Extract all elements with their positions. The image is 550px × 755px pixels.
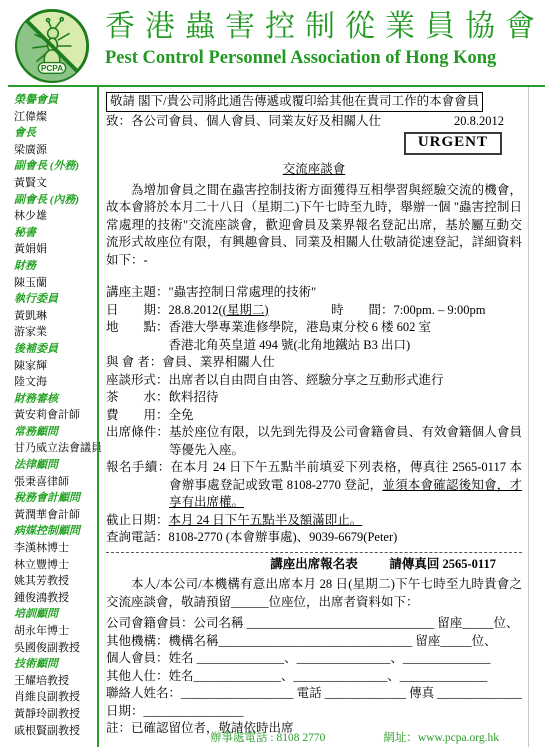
sidebar-person-name: 吳國俊副教授 [14, 640, 95, 657]
sidebar-person-name: 鍾俊鴻教授 [14, 590, 95, 607]
sidebar-person-name: 黃賢文 [14, 175, 95, 192]
sidebar-person-name: 甘乃威立法會議員 [14, 440, 95, 457]
form-field-line: 日期：________________ [106, 703, 522, 721]
association-titles: 香港蟲害控制從業員協會 Pest Control Personnel Assoc… [105, 7, 545, 69]
seminar-details: 講座主題："蟲害控制日常處理的技術"日 期：28.8.2012((星期二) 時 … [106, 284, 522, 547]
sidebar-person-name: 梁廣源 [14, 142, 95, 159]
seminar-detail-line: 茶 水：飲料招待 [106, 389, 522, 407]
sidebar-person-name: 黃凱琳 [14, 308, 95, 325]
sidebar-person-name: 黃安莉會計師 [14, 407, 95, 424]
circulation-notice: 敬請 閣下/貴公司將此通告傳遞或覆印給其他在貴司工作的本會會員 [106, 92, 483, 112]
sidebar-person-name: 江偉燦 [14, 109, 95, 126]
form-field-line: 個人會員：姓名 ______________、_______________、_… [106, 650, 522, 668]
sidebar-person-name: 肖維良副教授 [14, 689, 95, 706]
detail-text: 座談形式：出席者以自由問自由答、經驗分享之互動形式進行 [106, 373, 444, 387]
sidebar-role-title: 常務顧問 [14, 424, 95, 441]
sidebar-role-title: 秘書 [14, 225, 95, 242]
seminar-detail-line: 講座主題："蟲害控制日常處理的技術" [106, 284, 522, 302]
officers-sidebar: 榮譽會員江偉燦會長梁廣源副會長 (外務)黃賢文副會長 (內務)林少雄秘書黃娟娟財… [0, 87, 97, 747]
logo-text: PCPA [41, 64, 63, 73]
detail-text: 講座主題："蟲害控制日常處理的技術" [106, 285, 316, 299]
detail-text: 與 會 者：會員、業界相關人仕 [106, 355, 275, 369]
fax-back-note: 請傳真回 2565-0117 [389, 556, 496, 574]
sidebar-role-title: 執行委員 [14, 291, 95, 308]
seminar-detail-line: 費 用：全免 [106, 407, 522, 425]
sidebar-person-name: 林立豐博士 [14, 557, 95, 574]
main-content: 敬請 閣下/貴公司將此通告傳遞或覆印給其他在貴司工作的本會會員 致：各公司會員、… [99, 87, 529, 747]
seminar-detail-line: 日 期：28.8.2012((星期二) 時 間：7:00pm. – 9:00pm [106, 302, 522, 320]
seminar-intro: 為增加會員之間在蟲害控制技術方面獲得互相學習與經驗交流的機會，故本會將於本月二十… [106, 182, 522, 270]
sidebar-person-name: 黃靜玲副教授 [14, 706, 95, 723]
logo-pcpa-banner: PCPA [38, 63, 65, 74]
sidebar-person-name: 李漢林博士 [14, 540, 95, 557]
form-field-line: 聯絡人姓名：__________________ 電話 ____________… [106, 685, 522, 703]
sidebar-person-name: 姚其芳教授 [14, 573, 95, 590]
sidebar-role-title: 榮譽會員 [14, 92, 95, 109]
content-columns: 榮譽會員江偉燦會長梁廣源副會長 (外務)黃賢文副會長 (內務)林少雄秘書黃娟娟財… [0, 87, 550, 747]
urgent-badge: URGENT [404, 132, 502, 155]
detail-text: 日 期：28.8.2012( [106, 303, 223, 317]
seminar-detail-line: 座談形式：出席者以自由問自由答、經驗分享之互動形式進行 [106, 372, 522, 390]
sidebar-role-title: 病媒控制顧問 [14, 523, 95, 540]
sidebar-person-name: 黃潤華會計師 [14, 507, 95, 524]
sidebar-role-title: 財務審核 [14, 391, 95, 408]
detail-text: 茶 水：飲料招待 [106, 390, 219, 404]
sidebar-person-name: 游家業 [14, 324, 95, 341]
seminar-detail-line: 出席條件：基於座位有限，以先到先得及公司會籍會員、有效會籍個人會員等優先入座。 [106, 424, 522, 459]
association-title-zh: 香港蟲害控制從業員協會 [105, 10, 545, 45]
form-heading-row: 講座出席報名表 請傳真回 2565-0117 [106, 556, 522, 574]
notice-row: 敬請 閣下/貴公司將此通告傳遞或覆印給其他在貴司工作的本會會員 [106, 92, 522, 112]
detail-text: (星期二) [223, 303, 269, 317]
sidebar-person-name: 陳玉蘭 [14, 275, 95, 292]
header: PCPA 香港蟲害控制從業員協會 Pest Control Personnel … [0, 0, 550, 83]
urgent-row: URGENT [106, 132, 522, 158]
sidebar-role-title: 培訓顧問 [14, 606, 95, 623]
detail-text: 時 間：7:00pm. – 9:00pm [269, 303, 486, 317]
sidebar-person-name: 陸文海 [14, 374, 95, 391]
sidebar-role-title: 副會長 (內務) [14, 192, 95, 209]
recipient-line: 致：各公司會員、個人會員、同業友好及相關人仕 [106, 113, 381, 131]
pcpa-logo: PCPA [13, 7, 91, 85]
sidebar-role-title: 副會長 (外務) [14, 158, 95, 175]
document-page: PCPA 香港蟲害控制從業員協會 Pest Control Personnel … [0, 0, 550, 755]
form-field-line: 其他機構：機構名稱_______________________________… [106, 633, 522, 651]
sidebar-role-title: 後補委員 [14, 341, 95, 358]
detail-text: 本月 24 日下午五點半及額滿即止。 [169, 513, 363, 527]
form-field-line: 其他人仕：姓名______________、_______________、__… [106, 668, 522, 686]
website-url: 網址：www.pcpa.org.hk [383, 729, 499, 745]
office-phone: 辦事處電話 : 8108 2770 [210, 729, 325, 745]
section-divider [106, 552, 522, 553]
detail-text: 地 點：香港大學專業進修學院，港島東分校 6 楼 602 室 [106, 320, 431, 334]
sidebar-role-title: 會長 [14, 125, 95, 142]
association-title-en: Pest Control Personnel Association of Ho… [105, 48, 545, 69]
form-field-line: 公司會籍會員：公司名稱 ____________________________… [106, 615, 522, 633]
date-label: 20.8.2012 [454, 113, 504, 131]
sidebar-role-title: 法律顧問 [14, 457, 95, 474]
seminar-detail-line: 香港北角英皇道 494 號(北角地鐵站 B3 出口) [106, 337, 522, 355]
detail-text: 截止日期： [106, 513, 169, 527]
seminar-detail-line: 截止日期：本月 24 日下午五點半及額滿即止。 [106, 512, 522, 530]
registration-intro: 本人/本公司/本機構有意出席本月 28 日(星期二)下午七時至九時貴會之交流座談… [106, 576, 522, 611]
registration-form-title: 講座出席報名表 [270, 557, 358, 571]
sidebar-person-name: 黃娟娟 [14, 241, 95, 258]
seminar-detail-line: 報名手續：在本月 24 日下午五點半前填妥下列表格，傳真往 2565-0117 … [106, 459, 522, 512]
registration-rows: 公司會籍會員：公司名稱 ____________________________… [106, 615, 522, 720]
seminar-detail-line: 查詢電話：8108-2770 (本會辦事處)、9039-6679(Peter) [106, 529, 522, 547]
sidebar-role-title: 技術顧問 [14, 656, 95, 673]
sidebar-person-name: 胡永年博士 [14, 623, 95, 640]
footer: 辦事處電話 : 8108 2770 網址：www.pcpa.org.hk [0, 729, 550, 745]
sidebar-person-name: 陳家輝 [14, 358, 95, 375]
detail-text: 費 用：全免 [106, 408, 194, 422]
recipient-row: 致：各公司會員、個人會員、同業友好及相關人仕 20.8.2012 [106, 113, 522, 131]
detail-text: 出席條件：基於座位有限，以先到先得及公司會籍會員、有效會籍個人會員等優先入座。 [106, 425, 522, 457]
detail-text: 香港北角英皇道 494 號(北角地鐵站 B3 出口) [106, 338, 410, 352]
seminar-title: 交流座談會 [106, 161, 522, 179]
sidebar-person-name: 張秉喜律師 [14, 474, 95, 491]
detail-text: 查詢電話：8108-2770 (本會辦事處)、9039-6679(Peter) [106, 530, 397, 544]
crossed-insect-logo-icon: PCPA [13, 7, 91, 85]
sidebar-role-title: 財務 [14, 258, 95, 275]
sidebar-person-name: 王耀培教授 [14, 673, 95, 690]
sidebar-person-name: 林少雄 [14, 208, 95, 225]
seminar-detail-line: 地 點：香港大學專業進修學院，港島東分校 6 楼 602 室 [106, 319, 522, 337]
seminar-detail-line: 與 會 者：會員、業界相關人仕 [106, 354, 522, 372]
sidebar-role-title: 稅務會計顧問 [14, 490, 95, 507]
